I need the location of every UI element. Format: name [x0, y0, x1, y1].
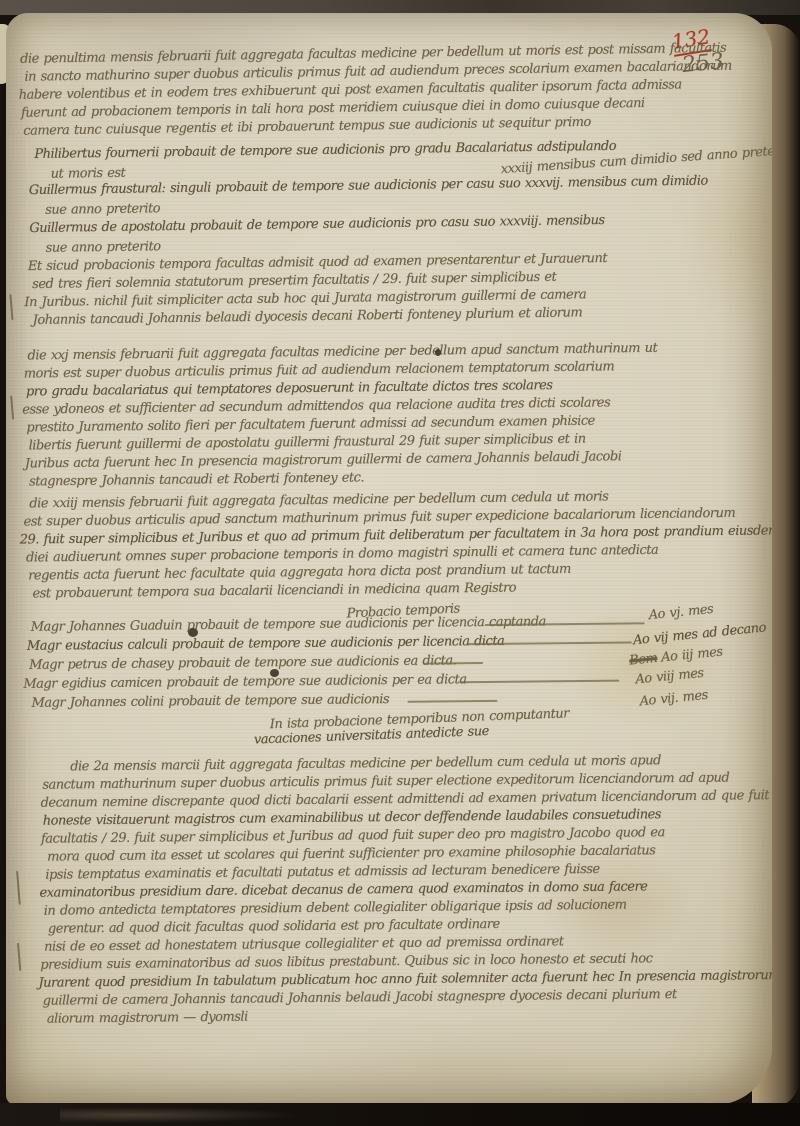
text-line: honeste visitauerunt magistros cum exami… [43, 808, 661, 827]
margin-mark [16, 871, 21, 905]
text-line: nisi de eo esset ad honestatem utriusque… [44, 935, 564, 953]
text-line: facultatis / 29. fuit super simplicibus … [41, 826, 665, 846]
ink-blot [188, 628, 198, 637]
entry-block-f: die 2a mensis marcii fuit aggregata facu… [6, 13, 772, 1105]
text-line: gerentur. ad quod dicit facultas quod so… [48, 918, 500, 936]
manuscript-photo: 132 253 die penultima mensis februarii f… [0, 0, 800, 1126]
text-line: aliorum magistrorum — dyomsli [47, 1011, 248, 1026]
text-line: presidium suis examinatoribus ad suos li… [40, 952, 652, 971]
ink-blot [270, 669, 279, 677]
text-line: mora quod cum ita esset ut scolares qui … [47, 844, 655, 863]
text-line: examinatoribus presidium dare. dicebat d… [39, 880, 647, 899]
ink-blot [435, 349, 441, 356]
text-line: ipsis temptatus examinatis et facultati … [45, 863, 599, 882]
text-line: in domo antedicta temptatores presidium … [44, 899, 627, 918]
margin-mark [17, 943, 21, 971]
manuscript-page: 132 253 die penultima mensis februarii f… [6, 13, 772, 1105]
text-line: guillermi de camera Johannis tancaudi Jo… [43, 988, 677, 1008]
binding-bottom-edge [0, 1103, 800, 1126]
text-line: die 2a mensis marcii fuit aggregata facu… [70, 754, 661, 773]
